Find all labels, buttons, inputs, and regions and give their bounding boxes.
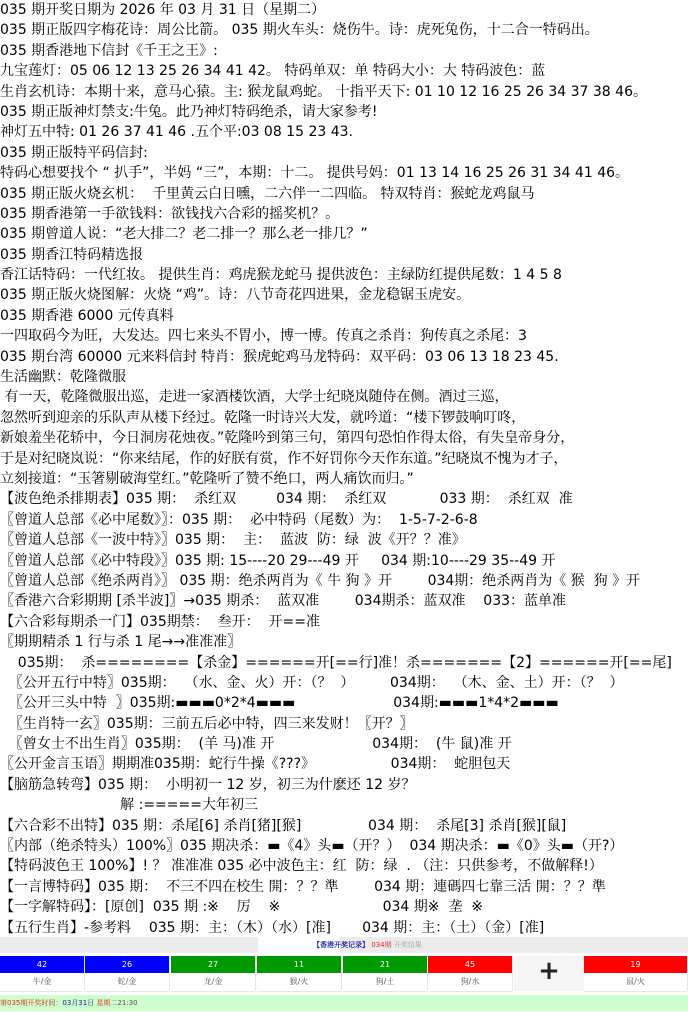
text-line: 【一言博特码】035 期： 不三不四在校生 開：？？準 034 期：連碼四七靠三… (0, 877, 688, 897)
ball-zodiac: 龙/金 (171, 973, 255, 992)
ball-zodiac: 鼠/火 (584, 973, 687, 992)
results-header-text[interactable]: 【香港开奖记录】 034期 开奖结果 (313, 937, 422, 953)
result-ball-6: 45 狗/水 (428, 956, 513, 991)
text-line-story: 于是对纪晓岚说：“你来结尾，作的好朕有赏，作不好罚你今天作东道。”纪晓岚不愧为才… (0, 449, 688, 469)
next-draw-time: 21:30 (117, 999, 137, 1007)
text-line: 〖曾道人总部《一波中特》〗035 期： 主： 蓝波 防：绿 波《开？？准》 (0, 530, 688, 550)
text-line-humor-title: 生活幽默：乾隆微服 (0, 367, 688, 387)
result-ball-4: 11 猴/火 (257, 956, 342, 991)
text-line: 神灯五中特: 01 26 37 41 46 .五个平:03 08 15 23 4… (0, 122, 688, 142)
text-line-draw-date: 035 期开奖日期为 2026 年 03 月 31 日（星期二） (0, 0, 688, 20)
ball-number: 42 (0, 956, 84, 973)
text-line: 035 期香港 6000 元传真料 (0, 306, 688, 326)
next-draw-label: 第035期开奖时间： (0, 999, 62, 1007)
results-header-bar: 【香港开奖记录】 034期 开奖结果 (0, 937, 688, 953)
text-line: 〖曾道人总部《必中尾数》〗：035 期： 必中特码（尾数）为： 1-5-7-2-… (0, 510, 688, 530)
text-line: 一四取码今为旺，大发达。四七来头不胃小，博一博。传真之杀肖：狗传真之杀尾：3 (0, 326, 688, 346)
ball-number: 19 (584, 956, 687, 973)
text-line: 035 期正版特平码信封: (0, 143, 688, 163)
text-line: 香江话特码：一代红妆。 提供生肖：鸡虎猴龙蛇马 提供波色：主绿防红提供尾数：1 … (0, 265, 688, 285)
text-line: 035 期香港第一手欲钱料：欲钱找六合彩的摇奖机？。 (0, 204, 688, 224)
ball-zodiac: 猴/火 (257, 973, 341, 992)
text-line: 035 期正版四字梅花诗：周公比箭。 035 期火车头：烧伤牛。诗：虎死兔伤，十… (0, 20, 688, 40)
text-line: 035 期正版火烧玄机： 千里黄云白日曛，二六伴一二四临。 特双特肖：猴蛇龙鸡鼠… (0, 184, 688, 204)
text-line-story: 立刻接道：“玉箸剔破海堂红。”乾隆听了赞不绝口，两人痛饮而归。” (0, 469, 688, 489)
result-ball-5: 21 狗/土 (343, 956, 428, 991)
plus-icon: + (514, 956, 584, 991)
next-draw-weekday: 星期二 (96, 999, 117, 1007)
text-line-story: 新娘羞坐花轿中，今日洞房花烛夜。”乾隆吟到第三句，第四句恐怕作得太俗，有失皇帝身… (0, 428, 688, 448)
results-suffix: 开奖结果 (394, 941, 422, 949)
text-line: 035 期香港地下信封《千王之王》: (0, 41, 688, 61)
text-line: 〖曾女士不出生肖〗035期： (羊 马)准 开 034期： (牛 鼠)准 开 (0, 734, 688, 754)
ball-zodiac: 牛/金 (0, 973, 84, 992)
text-line: 【特码波色王 100%】! ？ 准准准 035 必中波色主：红 防：绿 . （注… (0, 856, 688, 876)
text-line: 035 期曾道人说：“老大排二？老二排一？那么老一排几？” (0, 224, 688, 244)
next-draw-date: 03月31日 (62, 999, 94, 1007)
lottery-article: 035 期开奖日期为 2026 年 03 月 31 日（星期二） 035 期正版… (0, 0, 688, 958)
result-ball-3: 27 龙/金 (171, 956, 256, 991)
text-line: 生肖玄机诗：本期十来，意马心猿。主: 猴龙鼠鸡蛇。 十指平天下: 01 10 1… (0, 82, 688, 102)
text-line: 〖公开三头中特 〗035期:▬▬▬0*2*4▬▬▬ 034期:▬▬▬1*4*2▬… (0, 693, 688, 713)
text-line: 特码心想要找个 “ 扒手”，半妈 “三”，本期：十二。 提供号妈：01 13 1… (0, 163, 688, 183)
text-line: 〖期期精杀 1 行与杀 1 尾→→准准准〗 (0, 632, 688, 652)
text-line: 〖生肖特一玄〗035期：三前五后必中特，四三来发财！〖开？〗 (0, 714, 688, 734)
text-line: 〖香港六合彩期期 [杀半波]〗→035 期杀： 蓝双准 034期杀：蓝双准 03… (0, 591, 688, 611)
text-line: 【波色绝杀排期表】035 期： 杀红双 034 期： 杀红双 033 期： 杀红… (0, 489, 688, 509)
results-record-link[interactable]: 【香港开奖记录】 (313, 941, 369, 949)
text-line: 〖内部（绝杀特头）100%〗035 期决杀：▬《4》头▬（开？） 034 期决杀… (0, 836, 688, 856)
text-line: 【六合彩不出特】035 期：杀尾[6] 杀肖[猪][猴] 034 期： 杀尾[3… (0, 816, 688, 836)
text-line-story: 有一天，乾隆微服出巡，走进一家酒楼饮酒，大学士纪晓岚随侍在侧。酒过三巡， (0, 387, 688, 407)
ball-number: 11 (257, 956, 341, 973)
ball-zodiac: 蛇/金 (85, 973, 169, 992)
text-line: 〖曾道人总部《绝杀两肖》〗 035 期：绝杀两肖为《 牛 狗 》开 034期：绝… (0, 571, 688, 591)
text-line: 解 :=====大年初三 (0, 795, 688, 815)
ball-number: 21 (343, 956, 427, 973)
text-line: 九宝莲灯：05 06 12 13 25 26 34 41 42。 特码单双：单 … (0, 61, 688, 81)
result-balls-row: 42 牛/金 26 蛇/金 27 龙/金 11 猴/火 21 狗/土 45 狗/… (0, 956, 688, 991)
text-line: 035 期正版神灯禁支:牛兔。此乃神灯特码绝杀，请大家参考! (0, 102, 688, 122)
ball-zodiac: 狗/水 (428, 973, 512, 992)
text-line: 【脑筋急转弯】035 期： 小明初一 12 岁，初三为什麽还 12 岁？ (0, 775, 688, 795)
result-ball-2: 26 蛇/金 (85, 956, 170, 991)
ball-number: 26 (85, 956, 169, 973)
text-line: 〖公开金言玉语〗期期准035期：蛇行牛操《???》 034期： 蛇胆包天 (0, 754, 688, 774)
text-line: 【一字解特码】：[原创] 035 期 :※ 厉 ※ 034 期※ 垄 ※ (0, 897, 688, 917)
text-line-story: 忽然听到迎亲的乐队声从楼下经过。乾隆一时诗兴大发，就吟道：“楼下锣鼓响叮咚， (0, 408, 688, 428)
ball-number: 45 (428, 956, 512, 973)
text-line: 035 期台湾 60000 元来料信封 特肖：猴虎蛇鸡马龙特码：双平码：03 0… (0, 347, 688, 367)
text-line: 〖曾道人总部《必中特段》〗035 期: 15----20 29---49 开 0… (0, 551, 688, 571)
ball-number: 27 (171, 956, 255, 973)
next-draw-footer: 第035期开奖时间：03月31日 星期二21:30 (0, 995, 688, 1011)
text-line: 035 期正版火烧图解：火烧 “鸡”。诗：八节奇花四进果，金龙稳锯玉虎安。 (0, 285, 688, 305)
text-line: 035期： 杀========【杀金】======开[==行]准！杀======… (0, 653, 688, 673)
results-period: 034期 (371, 941, 391, 949)
result-ball-1: 42 牛/金 (0, 956, 85, 991)
text-line: 【五行生肖】-参考料 035 期：主：（木）（水）[准] 034 期：主：（土）… (0, 918, 688, 938)
text-line: 【六合彩每期杀一门】035期禁： 叁开： 开==准 (0, 612, 688, 632)
text-line: 〖公开五行中特〗035期： （水、金、火）开：（？ ） 034期： （木、金、土… (0, 673, 688, 693)
text-line: 035 期香江特码精选报 (0, 245, 688, 265)
ball-zodiac: 狗/土 (343, 973, 427, 992)
result-special-ball: 19 鼠/火 (584, 956, 688, 991)
